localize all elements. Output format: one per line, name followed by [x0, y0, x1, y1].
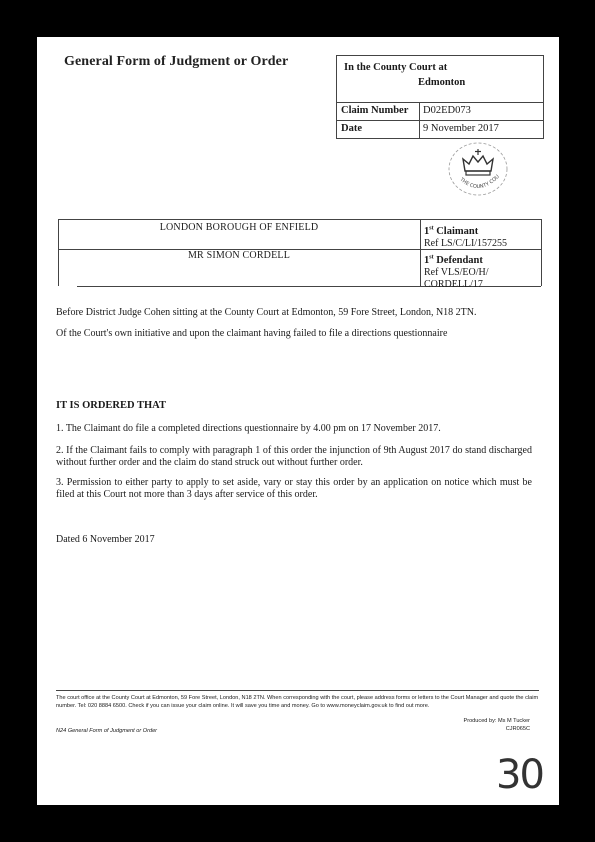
claimant-ref: Ref LS/C/LI/157255: [424, 238, 507, 249]
order-item-1: 1. The Claimant do file a completed dire…: [56, 423, 536, 435]
defendant-name: MR SIMON CORDELL: [58, 250, 420, 261]
document-title: General Form of Judgment or Order: [64, 54, 288, 70]
order-item-3: 3. Permission to either party to apply t…: [56, 477, 532, 501]
dated-line: Dated 6 November 2017: [56, 534, 536, 546]
date-row: Date 9 November 2017: [337, 120, 543, 138]
form-reference: N24 General Form of Judgment or Order: [56, 728, 157, 734]
date-value: 9 November 2017: [423, 123, 499, 134]
court-details-box: In the County Court at Edmonton Claim Nu…: [336, 55, 544, 139]
crown-icon: THE COUNTY COURT: [447, 141, 509, 197]
court-name: In the County Court at Edmonton: [344, 60, 465, 90]
produced-by-name: Produced by: Ms M Tucker: [463, 718, 530, 724]
document-page: General Form of Judgment or Order In the…: [37, 37, 559, 805]
defendant-role: 1st Defendant Ref VLS/EO/H/ CORDELL/17: [424, 251, 489, 291]
claim-number-row: Claim Number D02ED073: [337, 102, 543, 120]
parties-table: LONDON BOROUGH OF ENFIELD 1st Claimant R…: [58, 219, 542, 286]
footer-divider: [56, 690, 539, 691]
claimant-name: LONDON BOROUGH OF ENFIELD: [58, 222, 420, 233]
court-heading-line1: In the County Court at: [344, 62, 447, 73]
preamble-initiative: Of the Court's own initiative and upon t…: [56, 328, 536, 340]
defendant-ref-line2: CORDELL/17: [424, 279, 483, 290]
produced-by: Produced by: Ms M Tucker CJR065C: [417, 718, 530, 733]
claimant-role: 1st Claimant Ref LS/C/LI/157255: [424, 222, 507, 250]
produced-by-code: CJR065C: [506, 726, 530, 732]
preamble-judge: Before District Judge Cohen sitting at t…: [56, 307, 536, 319]
footer-note: The court office at the County Court at …: [56, 694, 542, 710]
svg-text:THE COUNTY COURT: THE COUNTY COURT: [447, 141, 501, 190]
date-label: Date: [341, 123, 362, 134]
handwritten-page-number: 30: [496, 752, 543, 798]
defendant-ref-line1: Ref VLS/EO/H/: [424, 267, 489, 278]
order-item-2: 2. If the Claimant fails to comply with …: [56, 445, 532, 469]
claim-number-value: D02ED073: [423, 105, 471, 116]
court-seal: THE COUNTY COURT: [447, 141, 509, 197]
claim-number-label: Claim Number: [341, 105, 408, 116]
order-heading: IT IS ORDERED THAT: [56, 400, 536, 412]
court-heading-line2: Edmonton: [344, 75, 465, 90]
